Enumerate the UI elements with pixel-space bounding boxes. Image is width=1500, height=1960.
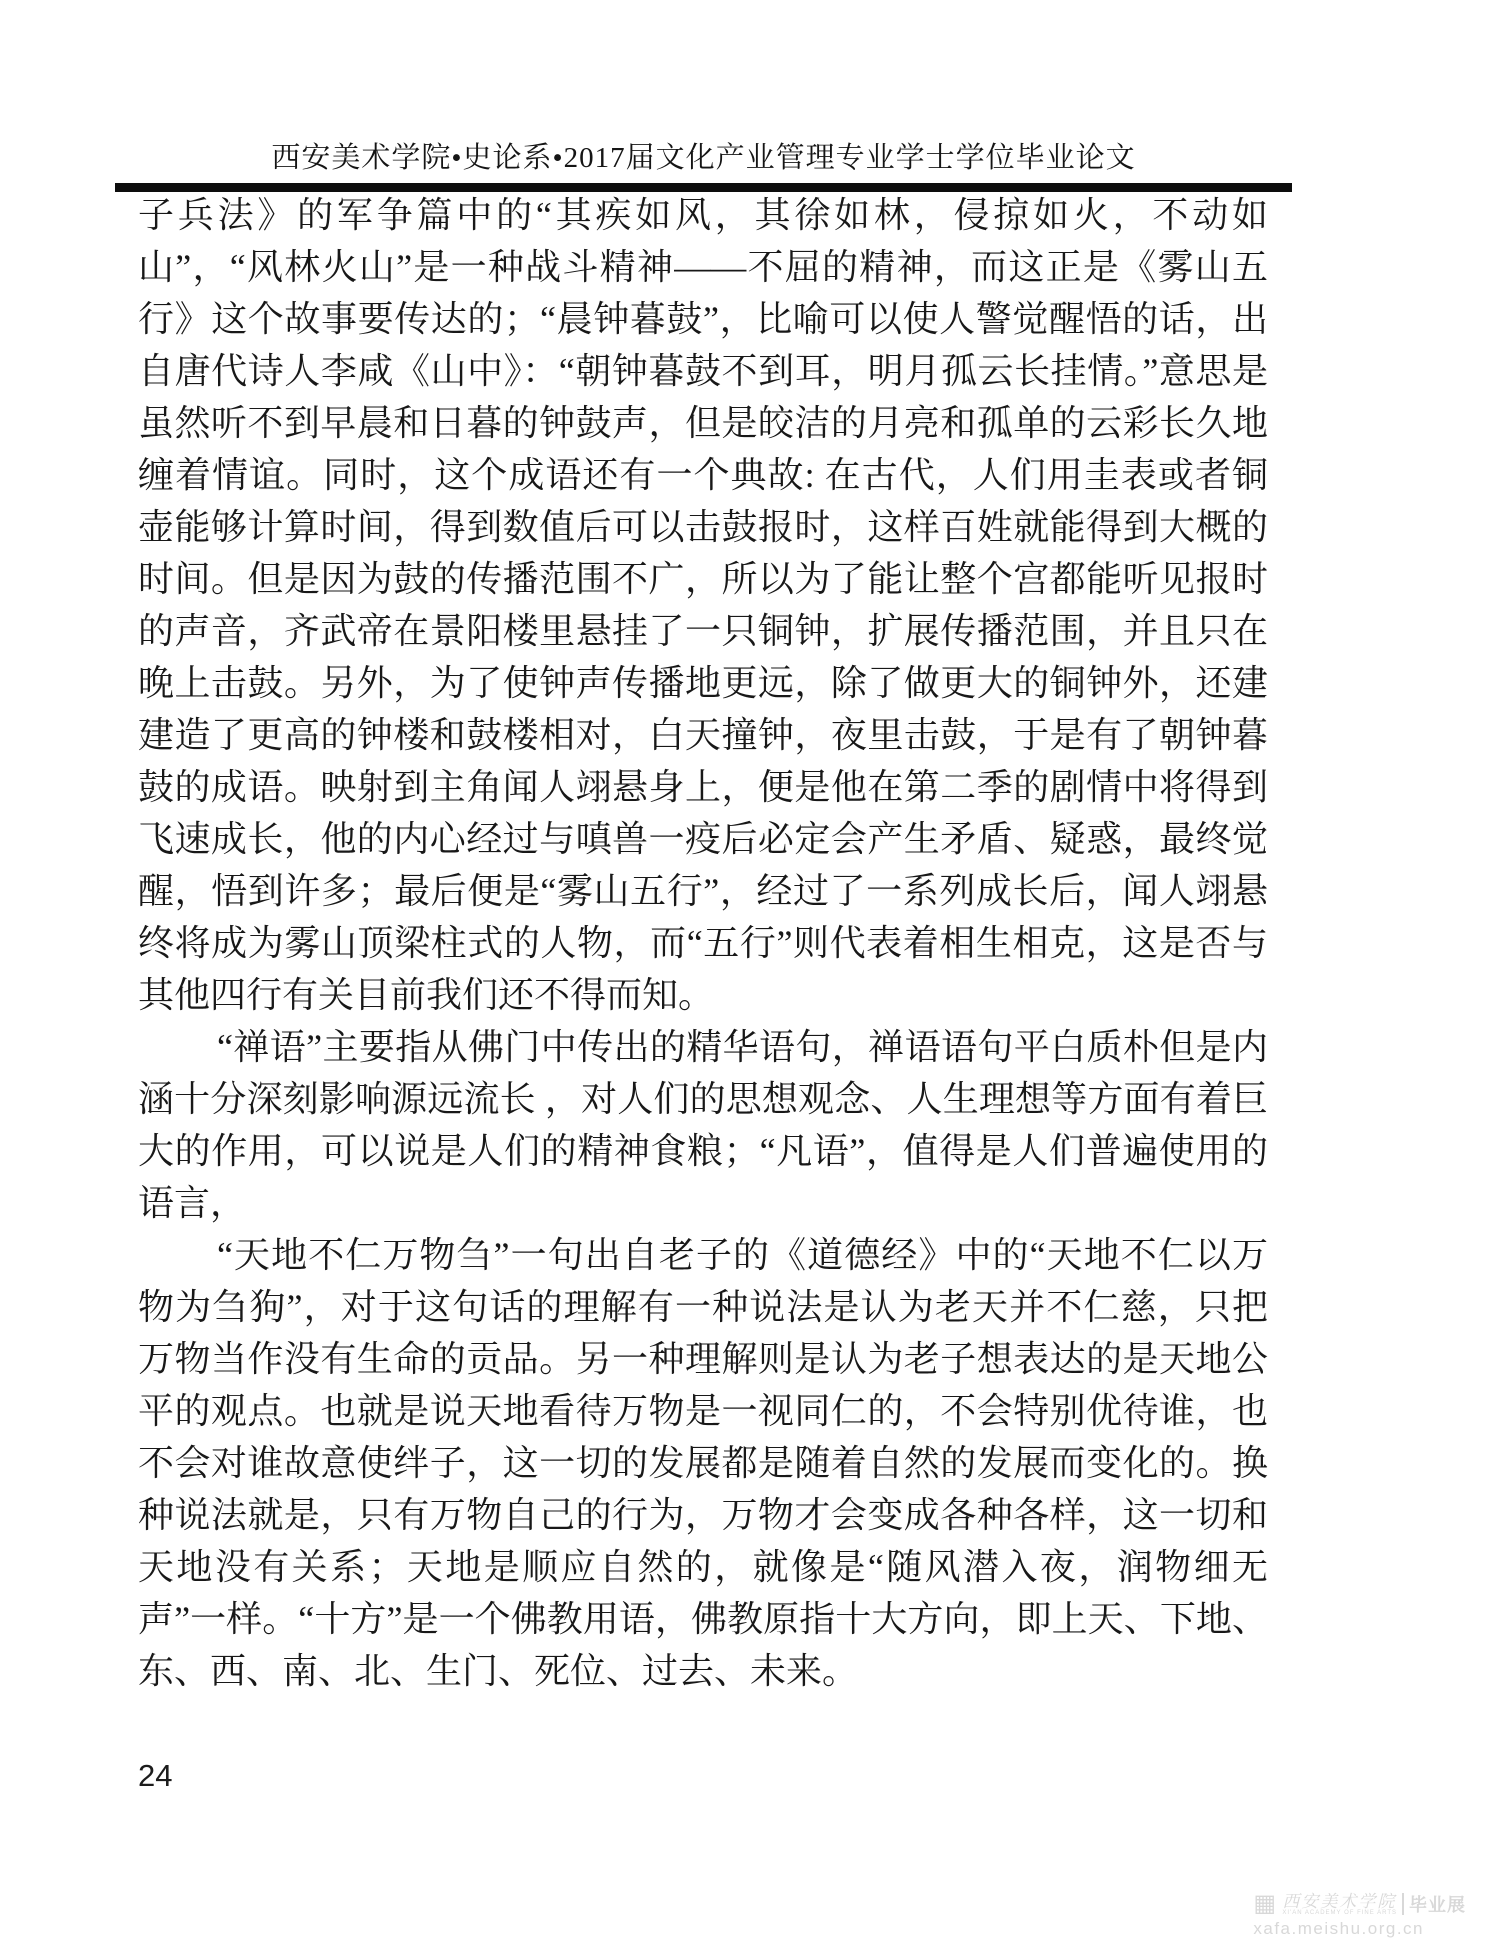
academy-seal-icon: ▦ (1253, 1892, 1277, 1916)
document-page: 西安美术学院•史论系•2017届文化产业管理专业学士学位毕业论文 子兵法》的军争… (0, 0, 1500, 1960)
body-paragraph: “禅语”主要指从佛门中传出的精华语句，禅语语句平白质朴但是内涵十分深刻影响源远流… (138, 1021, 1268, 1229)
watermark-divider-line (1402, 1893, 1404, 1915)
page-number: 24 (138, 1758, 172, 1794)
body-paragraph: “天地不仁万物刍”一句出自老子的《道德经》中的“天地不仁以万物为刍狗”，对于这句… (138, 1229, 1268, 1697)
watermark-url: xafa.meishu.org.cn (1253, 1919, 1466, 1939)
watermark: ▦ 西安美术学院 XI'AN ACADEMY OF FINE ARTS 毕业展 … (1253, 1891, 1466, 1939)
body-paragraph: 子兵法》的军争篇中的“其疾如风，其徐如林，侵掠如火，不动如山”，“风林火山”是一… (138, 189, 1268, 1021)
page-header-title: 西安美术学院•史论系•2017届文化产业管理专业学士学位毕业论文 (115, 141, 1292, 175)
watermark-academy-name: 西安美术学院 (1282, 1893, 1397, 1910)
document-body: 子兵法》的军争篇中的“其疾如风，其徐如林，侵掠如火，不动如山”，“风林火山”是一… (138, 189, 1268, 1697)
watermark-academy-name-en: XI'AN ACADEMY OF FINE ARTS (1282, 1910, 1397, 1916)
watermark-exhibition-label: 毕业展 (1409, 1891, 1466, 1917)
